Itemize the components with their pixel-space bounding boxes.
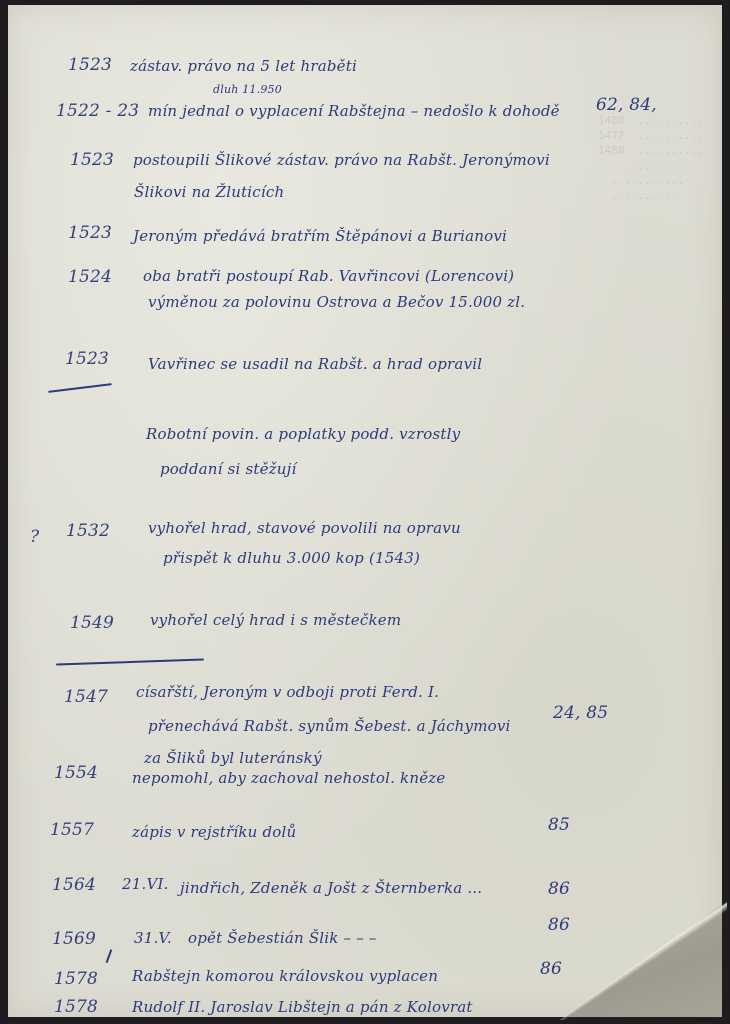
entry-text: zástav. právo na 5 let hraběti <box>130 57 357 75</box>
entry-text: Vavřinec se usadil na Rabšt. a hrad opra… <box>148 355 482 373</box>
entry-date: 31.V. <box>134 929 172 947</box>
entry-text: Robotní povin. a poplatky podd. vzrostly <box>146 425 460 443</box>
section-divider-line <box>56 658 204 665</box>
entry-year: 1522 - 23 <box>56 101 139 121</box>
entry-year: 1569 <box>52 929 96 949</box>
entry-continuation: přenechává Rabšt. synům Šebest. a Jáchym… <box>148 717 511 735</box>
entry-text: Jeroným předává bratřím Štěpánovi a Buri… <box>133 227 507 245</box>
entry-page-refs: 86 <box>548 879 570 899</box>
entry-year: 1524 <box>68 267 112 287</box>
entry-text: jindřich, Zdeněk a Jošt z Šternberka ... <box>180 879 482 897</box>
entry-page-refs: 85 <box>548 815 570 835</box>
typewriter-showthrough: 1480 .......... 1477 .......... 1488 ...… <box>598 113 730 203</box>
entry-text: mín jednal o vyplacení Rabštejna – nedoš… <box>148 102 560 120</box>
entry-page-refs: 24, 85 <box>553 703 608 723</box>
entry-year: 1523 <box>65 349 109 369</box>
entry-text: Rabštejn komorou královskou vyplacen <box>132 967 438 985</box>
entry-text: postoupili Šlikové zástav. právo na Rabš… <box>133 151 550 169</box>
entry-year: 1523 <box>68 223 112 243</box>
entry-year: 1547 <box>64 687 108 707</box>
margin-question-mark: ? <box>30 527 39 547</box>
pen-tick-mark <box>106 949 112 963</box>
entry-text: Rudolf II. Jaroslav Libštejn a pán z Kol… <box>132 998 473 1016</box>
entry-year: 1549 <box>70 613 114 633</box>
entry-page-refs: 86 <box>540 959 562 979</box>
entry-year: 1554 <box>54 763 98 783</box>
document-page: 1480 .......... 1477 .......... 1488 ...… <box>8 5 722 1017</box>
entry-text: oba bratři postoupí Rab. Vavřincovi (Lor… <box>143 267 514 285</box>
entry-text: zápis v rejstříku dolů <box>132 823 296 841</box>
entry-continuation: Šlikovi na Žluticích <box>134 183 284 201</box>
entry-text: nepomohl, aby zachoval nehostol. kněze <box>132 769 445 787</box>
entry-continuation: výměnou za polovinu Ostrova a Bečov 15.0… <box>148 293 525 311</box>
entry-year: 1523 <box>68 55 112 75</box>
entry-superscript: za Šliků byl luteránský <box>144 749 322 767</box>
entry-year: 1578 <box>54 969 98 989</box>
underline-mark <box>48 383 112 393</box>
entry-year: 1532 <box>66 521 110 541</box>
entry-year: 1557 <box>50 820 94 840</box>
entry-text: vyhořel hrad, stavové povolili na opravu <box>148 519 461 537</box>
entry-continuation: přispět k dluhu 3.000 kop (1543) <box>163 549 420 567</box>
entry-year: 1578 <box>54 997 98 1017</box>
entry-continuation: poddaní si stěžují <box>160 460 296 478</box>
entry-text: císařští, Jeroným v odboji proti Ferd. I… <box>136 683 439 701</box>
entry-text: opět Šebestián Šlik – – – <box>188 929 377 947</box>
entry-page-refs: 86 <box>548 915 570 935</box>
entry-date: 21.VI. <box>122 875 169 893</box>
entry-year: 1564 <box>52 875 96 895</box>
entry-page-refs: 62, 84, <box>596 95 657 115</box>
entry-year: 1523 <box>70 150 114 170</box>
entry-text: vyhořel celý hrad i s městečkem <box>150 611 401 629</box>
entry-superscript: dluh 11.950 <box>213 83 282 96</box>
